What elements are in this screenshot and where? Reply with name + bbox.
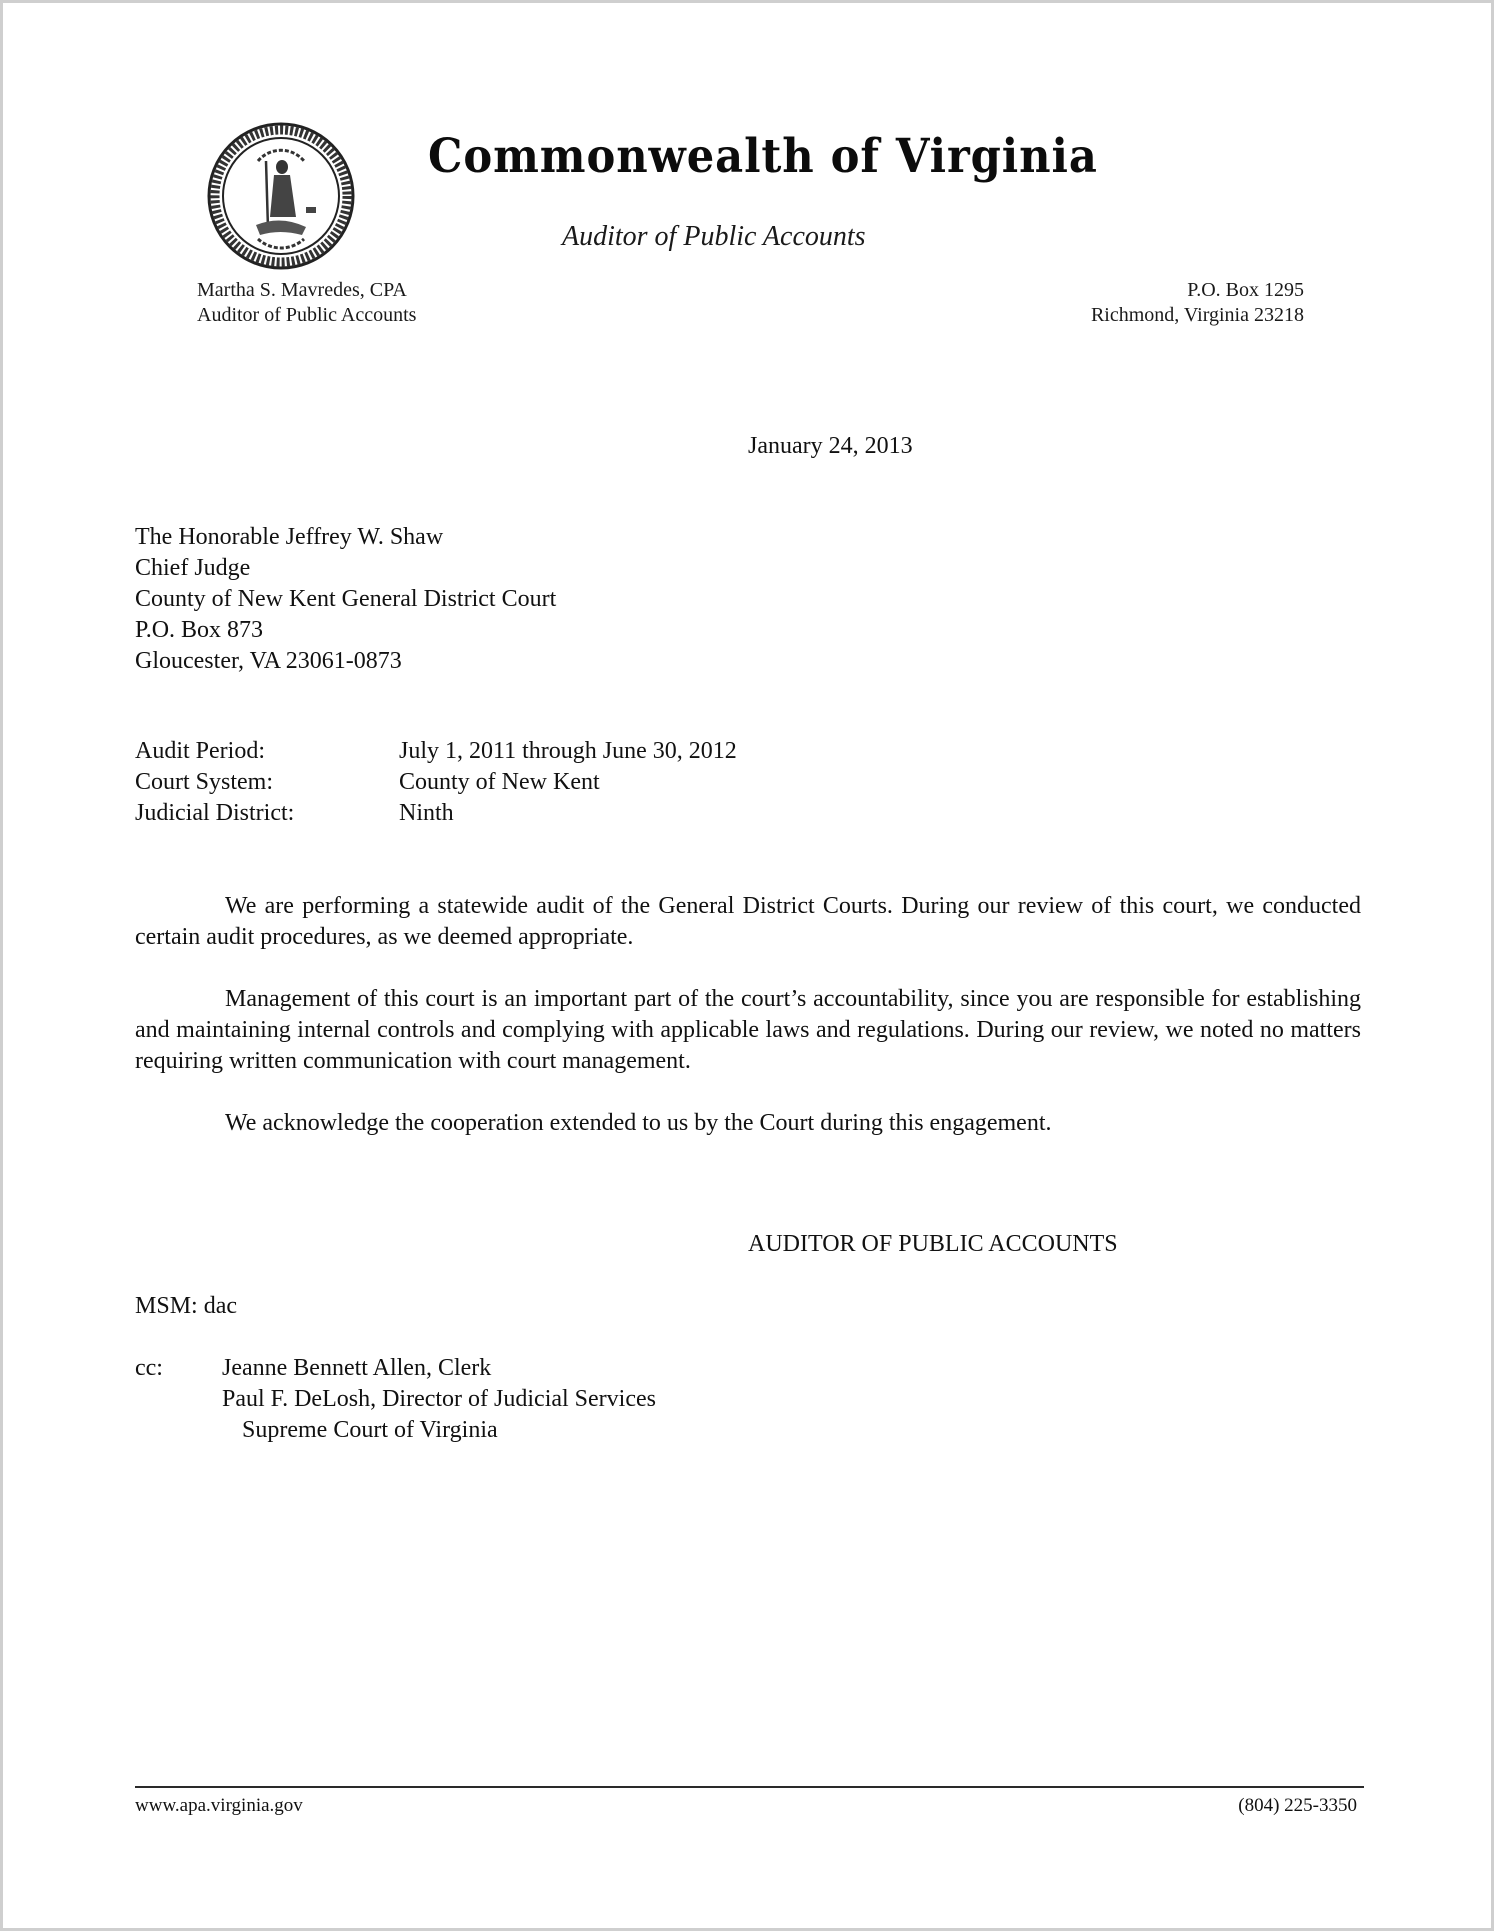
recipient-address: The Honorable Jeffrey W. Shaw Chief Judg… [135, 522, 556, 677]
recipient-line: P.O. Box 873 [135, 615, 556, 646]
footer-phone: (804) 225-3350 [1238, 1795, 1357, 1817]
cc-row: Paul F. DeLosh, Director of Judicial Ser… [135, 1384, 656, 1415]
detail-value: Ninth [399, 798, 454, 829]
detail-label: Audit Period: [135, 736, 399, 767]
detail-row: Audit Period: July 1, 2011 through June … [135, 736, 737, 767]
footer-website: www.apa.virginia.gov [135, 1795, 303, 1817]
address-box: P.O. Box 1295 [1091, 278, 1304, 303]
letterhead-address: P.O. Box 1295 Richmond, Virginia 23218 [1091, 278, 1304, 328]
cc-row: cc: Jeanne Bennett Allen, Clerk [135, 1353, 656, 1384]
letter-page: Commonwealth of Virginia Auditor of Publ… [3, 3, 1491, 1928]
recipient-line: County of New Kent General District Cour… [135, 584, 556, 615]
audit-details: Audit Period: July 1, 2011 through June … [135, 736, 737, 829]
signoff: AUDITOR OF PUBLIC ACCOUNTS [748, 1229, 1118, 1260]
recipient-line: The Honorable Jeffrey W. Shaw [135, 522, 556, 553]
detail-label: Court System: [135, 767, 399, 798]
cc-list: cc: Jeanne Bennett Allen, Clerk Paul F. … [135, 1353, 656, 1446]
address-city: Richmond, Virginia 23218 [1091, 303, 1304, 328]
detail-value: County of New Kent [399, 767, 600, 798]
recipient-line: Chief Judge [135, 553, 556, 584]
reference-initials: MSM: dac [135, 1291, 237, 1322]
letterhead-subtitle: Auditor of Public Accounts [562, 221, 866, 253]
auditor-name: Martha S. Mavredes, CPA [197, 278, 416, 303]
letterhead-title: Commonwealth of Virginia [428, 129, 1098, 184]
cc-row: Supreme Court of Virginia [135, 1415, 656, 1446]
cc-label: cc: [135, 1353, 222, 1384]
letterhead-auditor: Martha S. Mavredes, CPA Auditor of Publi… [197, 278, 416, 328]
detail-value: July 1, 2011 through June 30, 2012 [399, 736, 737, 767]
cc-recipient-affiliation: Supreme Court of Virginia [222, 1415, 498, 1446]
footer-divider [135, 1786, 1364, 1788]
cc-recipient: Jeanne Bennett Allen, Clerk [222, 1353, 491, 1384]
virginia-seal-icon [206, 121, 356, 271]
letter-body: We are performing a statewide audit of t… [135, 891, 1361, 1170]
detail-label: Judicial District: [135, 798, 399, 829]
recipient-line: Gloucester, VA 23061-0873 [135, 646, 556, 677]
detail-row: Court System: County of New Kent [135, 767, 737, 798]
body-paragraph: We acknowledge the cooperation extended … [135, 1108, 1361, 1139]
cc-recipient: Paul F. DeLosh, Director of Judicial Ser… [222, 1384, 656, 1415]
detail-row: Judicial District: Ninth [135, 798, 737, 829]
body-paragraph: Management of this court is an important… [135, 984, 1361, 1077]
letter-date: January 24, 2013 [748, 431, 913, 462]
body-paragraph: We are performing a statewide audit of t… [135, 891, 1361, 953]
auditor-title: Auditor of Public Accounts [197, 303, 416, 328]
